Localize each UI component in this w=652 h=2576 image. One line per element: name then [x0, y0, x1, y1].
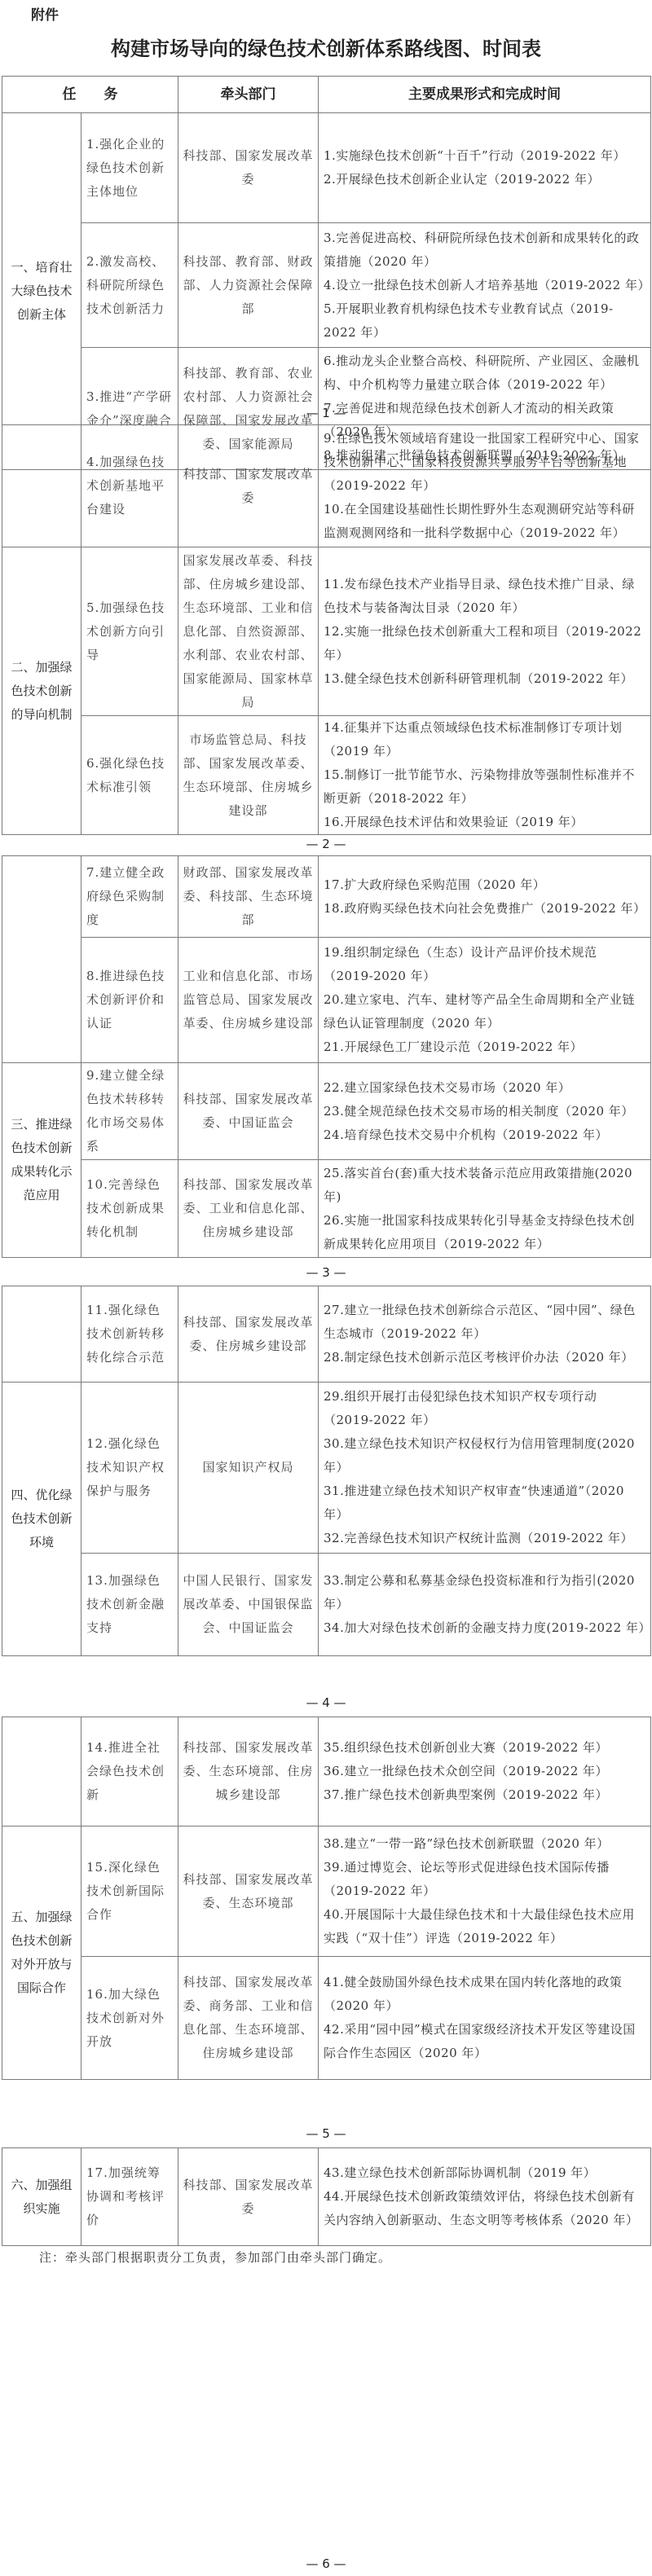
roadmap-table-page-5: 14.推进全社会绿色技术创新 科技部、国家发展改革委、生态环境部、住房城乡建设部… [2, 1717, 651, 2080]
outcome-item: 16.开展绿色技术评估和效果验证（2019 年） [324, 811, 645, 834]
table-row: 一、培育壮大绿色技术创新主体 1.强化企业的绿色技术创新主体地位 科技部、国家发… [2, 113, 651, 223]
outcome-item: 9.在绿色技术领域培育建设一批国家工程研究中心、国家技术创新中心、国家科技资源共… [324, 427, 645, 498]
roadmap-table-page-4: 11.强化绿色技术创新转移转化综合示范 科技部、国家发展改革委、住房城乡建设部 … [2, 1286, 651, 1656]
outcome-item: 39.通过博览会、论坛等形式促进绿色技术国际传播（2019-2022 年） [324, 1856, 645, 1903]
outcome-item: 37.推广绿色技术创新典型案例（2019-2022 年） [324, 1783, 645, 1807]
header-task: 任 务 [2, 77, 178, 113]
lead-dept-cell: 科技部、国家发展改革委、商务部、工业和信息化部、生态环境部、住房城乡建设部 [178, 1957, 319, 2080]
outcome-item: 26.实施一批国家科技成果转化引导基金支持绿色技术创新成果转化应用项目（2019… [324, 1209, 645, 1256]
outcome-item: 36.建立一批绿色技术众创空间（2019-2022 年） [324, 1760, 645, 1783]
lead-dept-cell: 科技部、国家发展改革委 [178, 2148, 319, 2246]
outcomes-cell: 43.建立绿色技术创新部际协调机制（2019 年） 44.开展绿色技术创新政策绩… [319, 2148, 651, 2246]
outcome-item: 44.开展绿色技术创新政策绩效评估，将绿色技术创新有关内容纳入创新驱动、生态文明… [324, 2185, 645, 2232]
outcomes-cell: 41.健全鼓励国外绿色技术成果在国内转化落地的政策（2020 年） 42.采用“… [319, 1957, 651, 2080]
task-cell: 5.加强绿色技术创新方向引导 [81, 547, 178, 716]
outcome-item: 28.制定绿色技术创新示范区考核评价办法（2020 年） [324, 1346, 645, 1369]
lead-dept-cell: 科技部、国家发展改革委 [178, 113, 319, 223]
outcome-item: 29.组织开展打击侵犯绿色技术知识产权专项行动（2019-2022 年） [324, 1385, 645, 1432]
outcome-item: 42.采用“园中园”模式在国家级经济技术开发区等建设国际合作生态园区（2020 … [324, 2018, 645, 2065]
outcome-item: 18.政府购买绿色技术向社会免费推广（2019-2022 年） [324, 897, 645, 921]
table-row: 2.激发高校、科研院所绿色技术创新活力 科技部、教育部、财政部、人力资源社会保障… [2, 223, 651, 348]
page-number: — 4 — [0, 1695, 652, 1710]
outcomes-cell: 14.征集并下达重点领域绿色技术标准制修订专项计划（2019 年） 15.制修订… [319, 716, 651, 835]
outcome-item: 15.制修订一批节能节水、污染物排放等强制性标准并不断更新（2018-2022 … [324, 763, 645, 811]
table-row: 14.推进全社会绿色技术创新 科技部、国家发展改革委、生态环境部、住房城乡建设部… [2, 1717, 651, 1826]
table-row: 6.强化绿色技术标准引领 市场监管总局、科技部、国家发展改革委、生态环境部、住房… [2, 716, 651, 835]
task-cell: 10.完善绿色技术创新成果转化机制 [81, 1160, 178, 1258]
outcomes-cell: 1.实施绿色技术创新“十百千”行动（2019-2022 年） 2.开展绿色技术创… [319, 113, 651, 223]
lead-dept-cell: 国家发展改革委、科技部、住房城乡建设部、生态环境部、工业和信息化部、自然资源部、… [178, 547, 319, 716]
task-cell: 13.加强绿色技术创新金融支持 [81, 1554, 178, 1656]
outcome-item: 33.制定公募和私募基金绿色投资标准和行为指引(2020 年） [324, 1569, 645, 1616]
outcome-item: 13.健全绿色技术创新科研管理机制（2019-2022 年） [324, 667, 645, 691]
lead-dept-cell: 中国人民银行、国家发展改革委、中国银保监会、中国证监会 [178, 1554, 319, 1656]
task-cell: 6.强化绿色技术标准引领 [81, 716, 178, 835]
document-title: 构建市场导向的绿色技术创新体系路线图、时间表 [0, 33, 652, 61]
lead-dept-cell: 科技部、国家发展改革委、中国证监会 [178, 1063, 319, 1160]
lead-dept-cell: 科技部、国家发展改革委 [178, 425, 319, 547]
outcome-item: 11.发布绿色技术产业指导目录、绿色技术推广目录、绿色技术与装备淘汰目录（202… [324, 573, 645, 620]
table-header-row: 任 务 牵头部门 主要成果形式和完成时间 [2, 77, 651, 113]
outcomes-cell: 35.组织绿色技术创新创业大赛（2019-2022 年） 36.建立一批绿色技术… [319, 1717, 651, 1826]
outcomes-cell: 9.在绿色技术领域培育建设一批国家工程研究中心、国家技术创新中心、国家科技资源共… [319, 425, 651, 547]
outcome-item: 14.征集并下达重点领域绿色技术标准制修订专项计划（2019 年） [324, 716, 645, 763]
outcome-item: 27.建立一批绿色技术创新综合示范区、“园中园”、绿色生态城市（2019-202… [324, 1299, 645, 1346]
outcome-item: 38.建立“一带一路”绿色技术创新联盟（2020 年） [324, 1832, 645, 1856]
task-cell: 2.激发高校、科研院所绿色技术创新活力 [81, 223, 178, 348]
task-cell: 11.强化绿色技术创新转移转化综合示范 [81, 1286, 178, 1383]
outcome-item: 1.实施绿色技术创新“十百千”行动（2019-2022 年） [324, 144, 645, 168]
outcome-item: 35.组织绿色技术创新创业大赛（2019-2022 年） [324, 1736, 645, 1760]
lead-dept-cell: 科技部、国家发展改革委、生态环境部、住房城乡建设部 [178, 1717, 319, 1826]
lead-dept-cell: 科技部、国家发展改革委、工业和信息化部、住房城乡建设部 [178, 1160, 319, 1258]
header-lead-dept: 牵头部门 [178, 77, 319, 113]
outcomes-cell: 33.制定公募和私募基金绿色投资标准和行为指引(2020 年） 34.加大对绿色… [319, 1554, 651, 1656]
table-row: 8.推进绿色技术创新评价和认证 工业和信息化部、市场监管总局、国家发展改革委、住… [2, 938, 651, 1063]
outcomes-cell: 29.组织开展打击侵犯绿色技术知识产权专项行动（2019-2022 年） 30.… [319, 1383, 651, 1554]
outcomes-cell: 25.落实首台(套)重大技术装备示范应用政策措施(2020 年) 26.实施一批… [319, 1160, 651, 1258]
category-cell: 三、推进绿色技术创新成果转化示范应用 [2, 1063, 81, 1258]
table-row: 13.加强绿色技术创新金融支持 中国人民银行、国家发展改革委、中国银保监会、中国… [2, 1554, 651, 1656]
task-cell: 14.推进全社会绿色技术创新 [81, 1717, 178, 1826]
outcome-item: 25.落实首台(套)重大技术装备示范应用政策措施(2020 年) [324, 1162, 645, 1209]
category-cell: 六、加强组织实施 [2, 2148, 81, 2246]
table-row: 二、加强绿色技术创新的导向机制 5.加强绿色技术创新方向引导 国家发展改革委、科… [2, 547, 651, 716]
outcomes-cell: 11.发布绿色技术产业指导目录、绿色技术推广目录、绿色技术与装备淘汰目录（202… [319, 547, 651, 716]
table-row: 4.加强绿色技术创新基地平台建设 科技部、国家发展改革委 9.在绿色技术领域培育… [2, 425, 651, 547]
task-cell: 7.建立健全政府绿色采购制度 [81, 856, 178, 938]
roadmap-table-page-6: 六、加强组织实施 17.加强统筹协调和考核评价 科技部、国家发展改革委 43.建… [2, 2147, 651, 2246]
attachment-label: 附件 [31, 3, 59, 24]
outcome-item: 20.建立家电、汽车、建材等产品全生命周期和全产业链绿色认证管理制度（2020 … [324, 988, 645, 1035]
category-cell: 五、加强绿色技术创新对外开放与国际合作 [2, 1826, 81, 2080]
outcome-item: 30.建立绿色技术知识产权侵权行为信用管理制度(2020 年） [324, 1432, 645, 1479]
table-row: 7.建立健全政府绿色采购制度 财政部、国家发展改革委、科技部、生态环境部 17.… [2, 856, 651, 938]
roadmap-table-page-3: 7.建立健全政府绿色采购制度 财政部、国家发展改革委、科技部、生态环境部 17.… [2, 855, 651, 1258]
outcome-item: 40.开展国际十大最佳绿色技术和十大最佳绿色技术应用实践（“双十佳”）评选（20… [324, 1903, 645, 1950]
category-cell-continued [2, 1717, 81, 1826]
outcome-item: 17.扩大政府绿色采购范围（2020 年） [324, 873, 645, 897]
lead-dept-cell: 科技部、国家发展改革委、住房城乡建设部 [178, 1286, 319, 1383]
category-cell-continued [2, 856, 81, 1063]
outcomes-cell: 27.建立一批绿色技术创新综合示范区、“园中园”、绿色生态城市（2019-202… [319, 1286, 651, 1383]
header-outcomes: 主要成果形式和完成时间 [319, 77, 651, 113]
table-row: 16.加大绿色技术创新对外开放 科技部、国家发展改革委、商务部、工业和信息化部、… [2, 1957, 651, 2080]
page-number: — 3 — [0, 1265, 652, 1280]
outcomes-cell: 38.建立“一带一路”绿色技术创新联盟（2020 年） 39.通过博览会、论坛等… [319, 1826, 651, 1957]
outcomes-cell: 17.扩大政府绿色采购范围（2020 年） 18.政府购买绿色技术向社会免费推广… [319, 856, 651, 938]
outcome-item: 24.培育绿色技术交易中介机构（2019-2022 年） [324, 1123, 645, 1147]
table-row: 四、优化绿色技术创新环境 12.强化绿色技术知识产权保护与服务 国家知识产权局 … [2, 1383, 651, 1554]
task-cell: 15.深化绿色技术创新国际合作 [81, 1826, 178, 1957]
category-cell: 四、优化绿色技术创新环境 [2, 1383, 81, 1656]
page-number: — 5 — [0, 2126, 652, 2141]
task-cell: 4.加强绿色技术创新基地平台建设 [81, 425, 178, 547]
page-number: — 6 — [0, 2556, 652, 2571]
task-cell: 16.加大绿色技术创新对外开放 [81, 1957, 178, 2080]
lead-dept-cell: 科技部、国家发展改革委、生态环境部 [178, 1826, 319, 1957]
lead-dept-cell: 国家知识产权局 [178, 1383, 319, 1554]
outcome-item: 41.健全鼓励国外绿色技术成果在国内转化落地的政策（2020 年） [324, 1971, 645, 2018]
category-cell-continued [2, 425, 81, 547]
task-cell: 8.推进绿色技术创新评价和认证 [81, 938, 178, 1063]
outcome-item: 2.开展绿色技术创新企业认定（2019-2022 年） [324, 168, 645, 191]
outcomes-cell: 19.组织制定绿色（生态）设计产品评价技术规范（2019-2020 年） 20.… [319, 938, 651, 1063]
outcomes-cell: 3.完善促进高校、科研院所绿色技术创新和成果转化的政策措施（2020 年） 4.… [319, 223, 651, 348]
task-cell: 12.强化绿色技术知识产权保护与服务 [81, 1383, 178, 1554]
outcome-item: 4.设立一批绿色技术创新人才培养基地（2019-2022 年） [324, 274, 645, 297]
outcome-item: 12.实施一批绿色技术创新重大工程和项目（2019-2022 年） [324, 620, 645, 667]
table-row: 11.强化绿色技术创新转移转化综合示范 科技部、国家发展改革委、住房城乡建设部 … [2, 1286, 651, 1383]
table-row: 三、推进绿色技术创新成果转化示范应用 9.建立健全绿色技术转移转化市场交易体系 … [2, 1063, 651, 1160]
task-cell: 9.建立健全绿色技术转移转化市场交易体系 [81, 1063, 178, 1160]
outcome-item: 22.建立国家绿色技术交易市场（2020 年） [324, 1076, 645, 1100]
roadmap-table-page-2: 4.加强绿色技术创新基地平台建设 科技部、国家发展改革委 9.在绿色技术领域培育… [2, 424, 651, 835]
outcome-item: 6.推动龙头企业整合高校、科研院所、产业园区、金融机构、中介机构等力量建立联合体… [324, 349, 645, 397]
table-row: 六、加强组织实施 17.加强统筹协调和考核评价 科技部、国家发展改革委 43.建… [2, 2148, 651, 2246]
outcomes-cell: 22.建立国家绿色技术交易市场（2020 年） 23.健全规范绿色技术交易市场的… [319, 1063, 651, 1160]
category-cell-continued [2, 1286, 81, 1383]
outcome-item: 34.加大对绿色技术创新的金融支持力度(2019-2022 年） [324, 1616, 645, 1640]
outcome-item: 32.完善绿色技术知识产权统计监测（2019-2022 年） [324, 1527, 645, 1550]
outcome-item: 3.完善促进高校、科研院所绿色技术创新和成果转化的政策措施（2020 年） [324, 226, 645, 274]
outcome-item: 19.组织制定绿色（生态）设计产品评价技术规范（2019-2020 年） [324, 941, 645, 988]
outcome-item: 21.开展绿色工厂建设示范（2019-2022 年） [324, 1035, 645, 1059]
table-row: 10.完善绿色技术创新成果转化机制 科技部、国家发展改革委、工业和信息化部、住房… [2, 1160, 651, 1258]
outcome-item: 31.推进建立绿色技术知识产权审查“快速通道”（2020 年） [324, 1479, 645, 1527]
lead-dept-cell: 工业和信息化部、市场监管总局、国家发展改革委、住房城乡建设部 [178, 938, 319, 1063]
lead-dept-cell: 市场监管总局、科技部、国家发展改革委、生态环境部、住房城乡建设部 [178, 716, 319, 835]
page-number: — 1 — [0, 406, 652, 420]
page-number: — 2 — [0, 837, 652, 851]
task-cell: 17.加强统筹协调和考核评价 [81, 2148, 178, 2246]
footnote: 注：牵头部门根据职责分工负责，参加部门由牵头部门确定。 [39, 2249, 391, 2266]
table-row: 五、加强绿色技术创新对外开放与国际合作 15.深化绿色技术创新国际合作 科技部、… [2, 1826, 651, 1957]
lead-dept-cell: 财政部、国家发展改革委、科技部、生态环境部 [178, 856, 319, 938]
outcome-item: 10.在全国建设基础性长期性野外生态观测研究站等科研监测观测网络和一批科学数据中… [324, 498, 645, 545]
outcome-item: 43.建立绿色技术创新部际协调机制（2019 年） [324, 2161, 645, 2185]
task-cell: 1.强化企业的绿色技术创新主体地位 [81, 113, 178, 223]
outcome-item: 23.健全规范绿色技术交易市场的相关制度（2020 年） [324, 1100, 645, 1123]
outcome-item: 5.开展职业教育机构绿色技术专业教育试点（2019-2022 年） [324, 297, 645, 345]
category-cell: 二、加强绿色技术创新的导向机制 [2, 547, 81, 835]
lead-dept-cell: 科技部、教育部、财政部、人力资源社会保障部 [178, 223, 319, 348]
